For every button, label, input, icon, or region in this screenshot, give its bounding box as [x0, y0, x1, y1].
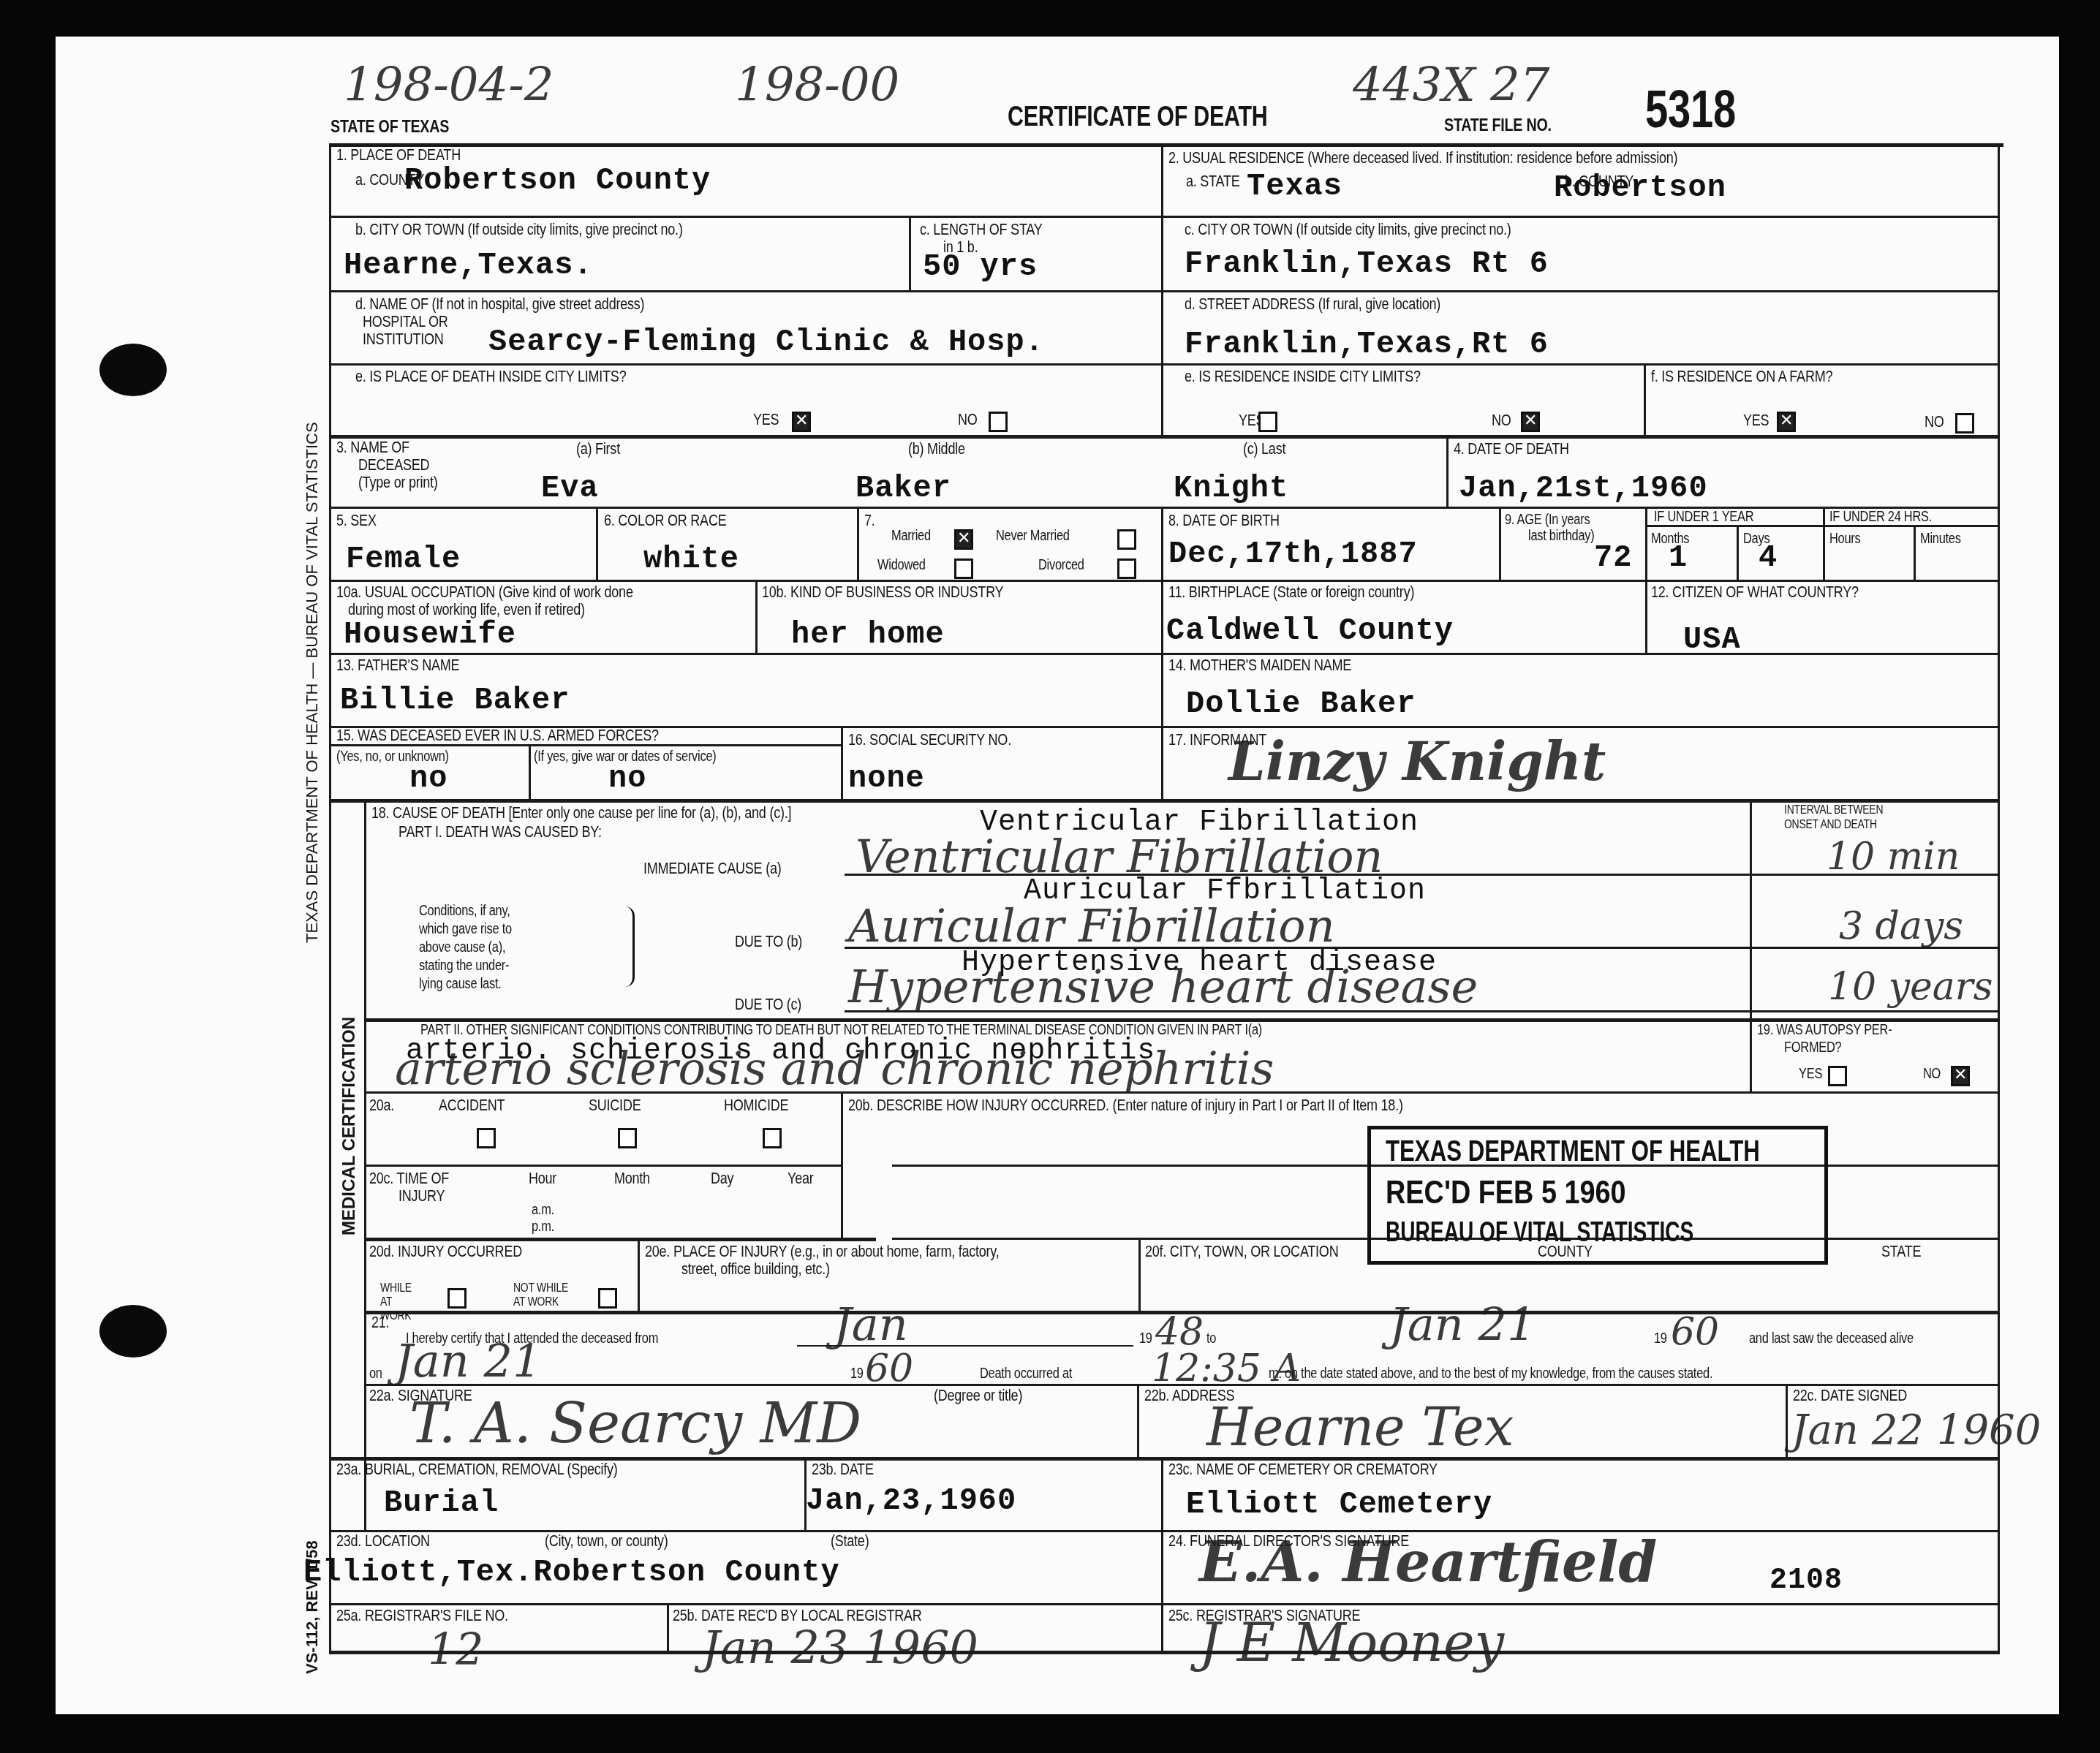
part-two-handwritten: arterio sclerosis and chronic nephritis [395, 1045, 1274, 1092]
deceased-last-name: Knight [1174, 472, 1288, 505]
handwritten-file-ref-2: 198-00 [735, 62, 899, 109]
funeral-director-number: 2108 [1769, 1564, 1843, 1598]
state-of-texas-label: STATE OF TEXAS [331, 118, 449, 136]
informant-signature: Linzy Knight [1228, 738, 1606, 785]
residence-city: Franklin,Texas Rt 6 [1185, 247, 1549, 281]
death-occurred-label: Death occurred at [980, 1366, 1072, 1382]
city-label: b. CITY OR TOWN (If outside city limits,… [355, 221, 683, 238]
inside-city-limits-label: e. IS PLACE OF DEATH INSIDE CITY LIMITS? [355, 368, 626, 385]
stamp-received-date: REC'D FEB 5 1960 [1386, 1175, 1626, 1211]
divider [1161, 1457, 1163, 1651]
divider [1446, 435, 1449, 507]
first-name-label: (a) First [576, 440, 620, 458]
burial-type: Burial [384, 1486, 499, 1520]
divider [1786, 1384, 1788, 1457]
margin-department-text: TEXAS DEPARTMENT OF HEALTH — BUREAU OF V… [303, 358, 322, 943]
divider [755, 580, 758, 653]
business-label: 10b. KIND OF BUSINESS OR INDUSTRY [762, 583, 1003, 601]
inside-city-limits-no-checkbox[interactable] [989, 412, 1008, 432]
hospital-label: INSTITUTION [363, 330, 444, 348]
divider [329, 363, 2000, 366]
hours-label: Hours [1829, 531, 1861, 547]
due-to-c-interval: 10 years [1828, 963, 1993, 1010]
date-signed-label: 22c. DATE SIGNED [1793, 1387, 1907, 1404]
last-seen-date: Jan 21 [395, 1338, 541, 1385]
armed-forces-label: 15. WAS DECEASED EVER IN U.S. ARMED FORC… [336, 727, 659, 744]
hospital-name: Searcy-Fleming Clinic & Hosp. [488, 325, 1044, 359]
married-label: Married [891, 528, 931, 544]
residence-street-label: d. STREET ADDRESS (If rural, give locati… [1185, 295, 1440, 313]
marital-status-label: 7. [864, 512, 875, 529]
autopsy-label: 19. WAS AUTOPSY PER- [1757, 1022, 1892, 1038]
conditions-note: lying cause last. [419, 976, 502, 992]
mother-name-label: 14. MOTHER'S MAIDEN NAME [1168, 656, 1351, 674]
hospital-label: HOSPITAL OR [363, 313, 448, 330]
farm-label: f. IS RESIDENCE ON A FARM? [1651, 368, 1832, 385]
time-of-injury-label: INJURY [399, 1187, 445, 1205]
no-label: NO [1492, 412, 1511, 429]
armed-forces-service: no [608, 762, 646, 795]
age-days: 4 [1759, 541, 1778, 575]
length-of-stay: 50 yrs [923, 250, 1038, 284]
attended-to-date: Jan 21 [1389, 1301, 1536, 1348]
married-checkbox[interactable] [954, 529, 973, 550]
minutes-label: Minutes [1920, 531, 1961, 547]
year-label: Year [787, 1170, 813, 1187]
burial-location-label: 23d. LOCATION [336, 1532, 430, 1550]
received-stamp: TEXAS DEPARTMENT OF HEALTH REC'D FEB 5 1… [1367, 1126, 1828, 1265]
place-of-injury-label: street, office building, etc.) [681, 1260, 830, 1278]
sex: Female [346, 542, 461, 576]
divider [1737, 526, 1739, 580]
residence-inside-limits-no-checkbox[interactable] [1521, 412, 1540, 432]
under-24-hours-label: IF UNDER 24 HRS. [1829, 509, 1932, 525]
widowed-checkbox[interactable] [954, 559, 973, 579]
bracket [625, 906, 635, 987]
divider [1750, 799, 1752, 1018]
stamp-line: BUREAU OF VITAL STATISTICS [1386, 1217, 1693, 1249]
occupation-label: 10a. USUAL OCCUPATION (Give kind of work… [336, 583, 633, 601]
due-to-b-interval: 3 days [1839, 903, 1963, 950]
divider [329, 1603, 2000, 1605]
occupation: Housewife [344, 618, 516, 651]
cemetery-label: 23c. NAME OF CEMETERY OR CREMATORY [1168, 1461, 1438, 1478]
date-of-birth-label: 8. DATE OF BIRTH [1168, 512, 1280, 529]
birthplace: Caldwell County [1166, 614, 1454, 648]
registrar-date: Jan 23 1960 [702, 1624, 978, 1671]
accident-checkbox[interactable] [477, 1128, 496, 1148]
no-label: NO [958, 411, 978, 428]
burial-location: Elliott,Tex.Robertson County [303, 1556, 840, 1589]
divider [329, 143, 2003, 147]
business: her home [791, 618, 945, 651]
divider [329, 216, 2000, 218]
residence-county: Robertson [1554, 171, 1726, 205]
divider [1645, 507, 1647, 580]
citizen-label: 12. CITIZEN OF WHAT COUNTRY? [1651, 583, 1859, 601]
form-border-left [329, 143, 331, 1653]
deceased-first-name: Eva [541, 472, 599, 505]
age-label: last birthday) [1528, 528, 1594, 544]
physician-signature: T. A. Searcy MD [409, 1400, 861, 1447]
accident-label: ACCIDENT [439, 1097, 505, 1114]
due-to-b-handwritten: Auricular Fibrillation [848, 903, 1335, 950]
residence-inside-limits-yes-checkbox[interactable] [1258, 412, 1277, 432]
not-while-at-work-label: NOT WHILE AT WORK [513, 1281, 573, 1309]
divider [1750, 1018, 1752, 1091]
place-of-death-county: Robertson County [404, 164, 711, 197]
divider [1137, 1384, 1139, 1457]
due-to-b-label: DUE TO (b) [735, 933, 802, 950]
physician-address: Hearne Tex [1206, 1404, 1514, 1450]
homicide-checkbox[interactable] [763, 1128, 782, 1148]
father-name-label: 13. FATHER'S NAME [336, 656, 459, 674]
date-of-death: Jan,21st,1960 [1459, 472, 1708, 505]
no-label: NO [1923, 1066, 1941, 1082]
place-of-injury-label: 20e. PLACE OF INJURY (e.g., in or about … [645, 1243, 1000, 1260]
divider [329, 744, 841, 746]
certification-number: 21. [371, 1314, 389, 1331]
residence-street: Franklin,Texas,Rt 6 [1185, 327, 1549, 361]
attended-to-year: 60 [1671, 1309, 1719, 1355]
injury-description-label: 20b. DESCRIBE HOW INJURY OCCURRED. (Ente… [848, 1097, 1403, 1114]
certificate-title: CERTIFICATE OF DEATH [1008, 102, 1267, 132]
registrar-file-no: 12 [428, 1627, 483, 1673]
divider [841, 726, 843, 799]
date-signed: Jan 22 1960 [1791, 1407, 2041, 1454]
conditions-note: Conditions, if any, [419, 903, 510, 919]
pm-label: p.m. [532, 1219, 554, 1235]
divider [1914, 526, 1916, 580]
registrar-signature: J E Mooney [1199, 1619, 1504, 1666]
burial-location-state-label: (State) [831, 1532, 869, 1550]
on-label: on [369, 1366, 382, 1382]
race-label: 6. COLOR OR RACE [604, 512, 726, 529]
attended-from-month: Jan [834, 1301, 908, 1348]
yes-label: YES [753, 411, 779, 428]
widowed-label: Widowed [877, 557, 926, 573]
farm-yes-checkbox[interactable] [1777, 412, 1796, 432]
divider [329, 580, 2000, 582]
divider [329, 1651, 2000, 1654]
while-at-work-checkbox[interactable] [447, 1288, 467, 1309]
sex-label: 5. SEX [336, 512, 377, 529]
social-security-number: none [848, 762, 925, 795]
never-married-checkbox[interactable] [1117, 529, 1136, 550]
part-one-label: PART I. DEATH WAS CAUSED BY: [399, 823, 602, 841]
handwritten-file-ref-1: 198-04-2 [344, 62, 554, 109]
cemetery-name: Elliott Cemetery [1186, 1488, 1492, 1521]
length-of-stay-label: c. LENGTH OF STAY [920, 221, 1043, 238]
due-to-c-handwritten: Hypertensive heart disease [848, 963, 1478, 1010]
conditions-note: above cause (a), [419, 939, 505, 955]
interval-label: ONSET AND DEATH [1784, 817, 1877, 831]
divider [1645, 580, 1647, 653]
residence-inside-limits-label: e. IS RESIDENCE INSIDE CITY LIMITS? [1185, 368, 1421, 385]
race: white [643, 542, 739, 576]
name-of-deceased-label: DECEASED [358, 456, 429, 474]
immediate-cause-handwritten: Ventricular Fibrillation [856, 833, 1383, 880]
year-prefix: 19 [1654, 1330, 1667, 1347]
divider [1161, 143, 1163, 436]
divorced-label: Divorced [1038, 557, 1084, 573]
residence-state: Texas [1247, 170, 1342, 203]
divider [909, 216, 911, 290]
farm-no-checkbox[interactable] [1955, 413, 1974, 433]
conditions-note: stating the under- [419, 958, 509, 974]
time-of-injury-label: 20c. TIME OF [369, 1170, 449, 1187]
birthplace-label: 11. BIRTHPLACE (State or foreign country… [1168, 583, 1414, 601]
margin-medical-certification: MEDICAL CERTIFICATION [339, 1017, 360, 1235]
state-file-number: 5318 [1645, 82, 1736, 137]
divider [329, 435, 2000, 439]
divider [529, 744, 531, 799]
never-married-label: Never Married [996, 528, 1070, 544]
conditions-note: which gave rise to [419, 921, 512, 937]
divider [596, 507, 598, 580]
armed-forces: no [409, 762, 447, 795]
deceased-middle-name: Baker [856, 472, 951, 505]
inside-city-limits-yes-checkbox[interactable] [792, 412, 811, 432]
month-label: Month [614, 1170, 650, 1187]
divider [329, 653, 2000, 655]
cause-of-death-label: 18. CAUSE OF DEATH [Enter only one cause… [371, 804, 791, 822]
place-of-death-city: Hearne,Texas. [344, 249, 593, 282]
no-label: NO [1925, 413, 1944, 431]
citizen: USA [1683, 623, 1741, 656]
immediate-cause-label: IMMEDIATE CAUSE (a) [643, 860, 781, 877]
handwritten-file-ref-3: 443X 27 [1353, 62, 1550, 109]
divider [667, 1603, 669, 1651]
injury-city-label: 20f. CITY, TOWN, OR LOCATION [1145, 1243, 1338, 1260]
divider [364, 1091, 2000, 1094]
divider [1499, 507, 1501, 580]
yes-label: YES [1799, 1066, 1822, 1082]
burial-date: Jan,23,1960 [806, 1484, 1016, 1518]
injury-state-label: STATE [1881, 1243, 1921, 1260]
degree-label: (Degree or title) [934, 1387, 1022, 1404]
ssn-label: 16. SOCIAL SECURITY NO. [848, 731, 1011, 749]
residence-state-label: a. STATE [1186, 173, 1240, 190]
date-of-death-label: 4. DATE OF DEATH [1454, 440, 1569, 458]
age-label: 9. AGE (In years [1505, 512, 1590, 528]
punch-hole [99, 344, 167, 396]
father-name: Billie Baker [340, 684, 570, 717]
divider [1644, 363, 1646, 435]
interval-label: INTERVAL BETWEEN [1784, 803, 1883, 817]
age: 72 [1594, 541, 1632, 575]
year-prefix: 19 [850, 1366, 864, 1382]
middle-name-label: (b) Middle [908, 440, 965, 458]
divider [364, 1238, 876, 1241]
place-of-death-label: 1. PLACE OF DEATH [336, 146, 461, 164]
immediate-cause-interval: 10 min [1827, 833, 1960, 880]
yes-label: YES [1743, 412, 1769, 429]
mother-name: Dollie Baker [1186, 687, 1416, 721]
name-of-deceased-label: 3. NAME OF [336, 439, 409, 456]
injury-type-label: 20a. [369, 1097, 394, 1114]
age-months: 1 [1669, 541, 1688, 575]
hour-label: Hour [529, 1170, 556, 1187]
divider [364, 1165, 841, 1167]
date-of-birth: Dec,17th,1887 [1168, 537, 1418, 571]
divider [638, 1238, 640, 1311]
divider [1823, 507, 1825, 580]
state-file-no-label: STATE FILE NO. [1444, 117, 1552, 135]
name-of-deceased-label: (Type or print) [358, 474, 438, 491]
homicide-label: HOMICIDE [724, 1097, 788, 1114]
occupation-label: during most of working life, even if ret… [348, 601, 585, 618]
autopsy-yes-checkbox[interactable] [1828, 1066, 1847, 1086]
last-name-label: (c) Last [1243, 440, 1285, 458]
autopsy-no-checkbox[interactable] [1951, 1066, 1970, 1086]
certification-text: and last saw the deceased alive [1749, 1330, 1914, 1347]
usual-residence-label: 2. USUAL RESIDENCE (Where deceased lived… [1168, 149, 1677, 167]
burial-date-label: 23b. DATE [812, 1461, 874, 1478]
suicide-checkbox[interactable] [618, 1128, 637, 1148]
divider [1645, 525, 2000, 527]
divider [857, 507, 859, 580]
residence-city-label: c. CITY OR TOWN (If outside city limits,… [1185, 221, 1511, 238]
divider [841, 1091, 843, 1238]
burial-location-city-label: (City, town, or county) [545, 1532, 668, 1550]
hospital-label: d. NAME OF (If not in hospital, give str… [355, 295, 644, 313]
suicide-label: SUICIDE [589, 1097, 641, 1114]
due-to-c-label: DUE TO (c) [735, 996, 801, 1013]
not-while-at-work-checkbox[interactable] [598, 1288, 617, 1309]
am-label: a.m. [532, 1202, 554, 1218]
injury-occurred-label: 20d. INJURY OCCURRED [369, 1243, 522, 1260]
day-label: Day [711, 1170, 733, 1187]
registrar-file-no-label: 25a. REGISTRAR'S FILE NO. [336, 1607, 508, 1624]
autopsy-label: FORMED? [1784, 1040, 1841, 1056]
certification-text: m. on the date stated above, and to the … [1269, 1366, 1712, 1382]
burial-type-label: 23a. BURIAL, CREMATION, REMOVAL (Specify… [336, 1461, 618, 1478]
divider [1138, 1238, 1141, 1311]
funeral-director-signature: E.A. Heartfield [1199, 1539, 1657, 1586]
to-label: to [1206, 1330, 1216, 1347]
under-one-year-label: IF UNDER 1 YEAR [1654, 509, 1753, 525]
stamp-line: TEXAS DEPARTMENT OF HEALTH [1386, 1135, 1760, 1168]
divider [329, 290, 2000, 292]
punch-hole [99, 1305, 167, 1358]
year-prefix: 19 [1139, 1330, 1152, 1347]
divorced-checkbox[interactable] [1117, 559, 1136, 579]
